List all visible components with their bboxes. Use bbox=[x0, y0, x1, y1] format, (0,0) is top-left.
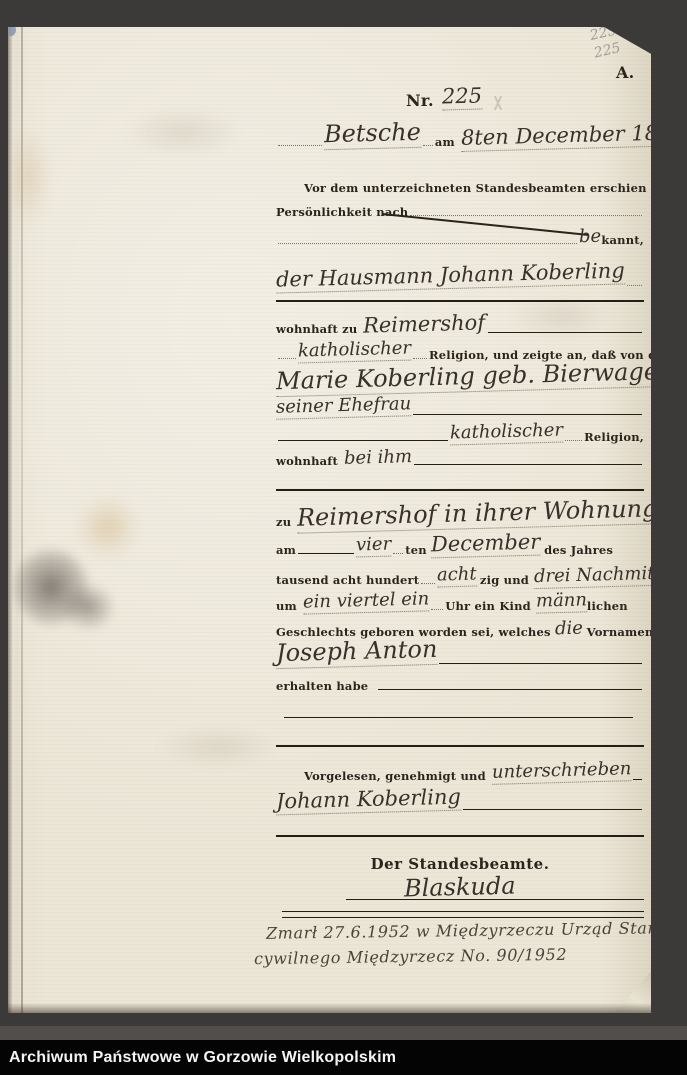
blank-line bbox=[276, 745, 644, 747]
date-year-label: des Jahres bbox=[544, 543, 613, 557]
record-date: 8ten December 1883 bbox=[461, 120, 685, 152]
archive-footer: Archiwum Państwowe w Gorzowie Wielkopols… bbox=[0, 1040, 687, 1075]
known-printed: kannt, bbox=[601, 233, 644, 247]
known-script: be bbox=[579, 226, 602, 248]
residence-value: Reimershof bbox=[363, 310, 486, 337]
received-label: erhalten habe bbox=[276, 679, 368, 693]
bleedthrough bbox=[98, 97, 268, 167]
gender-value: männ bbox=[536, 589, 588, 613]
birthplace-value: Reimershof in ihrer Wohnung bbox=[297, 494, 658, 533]
section-rule bbox=[276, 489, 644, 491]
religion2-label: Religion, bbox=[584, 430, 644, 444]
section-rule bbox=[276, 835, 644, 837]
residence2-label: wohnhaft bbox=[276, 454, 338, 468]
bleedthrough bbox=[128, 717, 308, 777]
residence-label: wohnhaft zu bbox=[276, 322, 357, 336]
residence2-value: bei ihm bbox=[344, 446, 413, 469]
time-uhr-label: Uhr ein Kind bbox=[445, 599, 531, 613]
edge-mark bbox=[6, 24, 16, 36]
declarant-name: der Hausmann Johann Koberling bbox=[276, 258, 625, 293]
record-place: Betsche bbox=[324, 118, 422, 151]
intro-text: Vor dem unterzeichneten Standesbeamten e… bbox=[304, 181, 687, 195]
archive-name: Archiwum Państwowe w Gorzowie Wielkopols… bbox=[9, 1049, 396, 1067]
am-label: am bbox=[435, 135, 455, 149]
footer-divider bbox=[0, 1026, 687, 1040]
mother-relation: seiner Ehefrau bbox=[276, 393, 412, 420]
nr-label: Nr. bbox=[406, 91, 434, 110]
date-month: December bbox=[430, 530, 540, 559]
ink-smudge bbox=[48, 572, 128, 642]
time-um-label: um bbox=[276, 599, 297, 613]
stain bbox=[0, 107, 58, 247]
child-name: Joseph Anton bbox=[276, 635, 438, 669]
date-ten-label: ten bbox=[405, 543, 427, 557]
year-tens: acht bbox=[437, 563, 477, 587]
signature-underline bbox=[346, 899, 644, 900]
pencil-scribble bbox=[488, 96, 508, 110]
archive-scan-background: 225 225 A. Nr. 225 Betsche am 8ten Decem… bbox=[0, 0, 687, 1075]
section-rule bbox=[276, 300, 644, 302]
time-value: ein viertel ein bbox=[303, 588, 430, 614]
double-rule-bottom bbox=[282, 917, 644, 918]
personality-label: Persönlichkeit nach bbox=[276, 205, 408, 219]
date-day: vier bbox=[356, 534, 392, 558]
birthplace-zu: zu bbox=[276, 515, 291, 529]
record-number: 225 bbox=[441, 83, 482, 110]
gender-suffix-label: lichen bbox=[587, 599, 628, 613]
registrar-signature: Blaskuda bbox=[404, 872, 516, 903]
double-rule-top bbox=[282, 911, 644, 912]
form-letter-a: A. bbox=[616, 63, 634, 82]
religion2-value: katholischer bbox=[450, 420, 564, 446]
blank-line bbox=[284, 717, 633, 718]
document-page: 225 225 A. Nr. 225 Betsche am 8ten Decem… bbox=[8, 27, 651, 1013]
date-am-label: am bbox=[276, 543, 296, 557]
declarant-signature: Johann Koberling bbox=[276, 785, 462, 816]
